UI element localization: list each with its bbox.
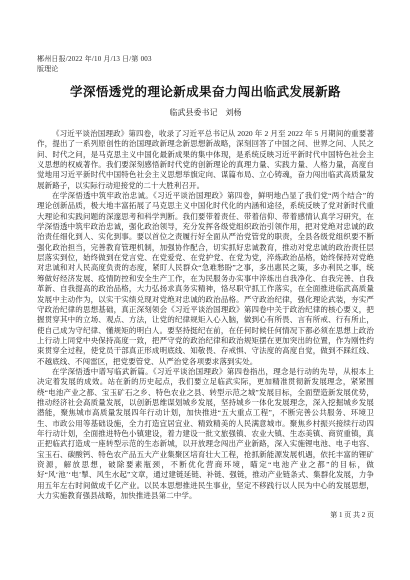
article-body: 《习近平谈治国理政》第四卷，收录了习近平总书记从 2020 年 2 月至 202… bbox=[37, 129, 374, 501]
document-page: 郴州日报/2022 年/10 月/13 日/第 003 版理论 学深悟透党的理论… bbox=[0, 0, 410, 580]
source-header: 郴州日报/2022 年/10 月/13 日/第 003 版理论 bbox=[37, 54, 374, 74]
article-title: 学深悟透党的理论新成果奋力闯出临武发展新路 bbox=[37, 85, 374, 100]
article-byline: 临武县委书记 刘杨 bbox=[37, 108, 374, 118]
source-header-line2: 版理论 bbox=[37, 64, 374, 74]
article-paragraph: 在学深悟透中筑牢政治忠诚。《习近平谈治国理政》第四卷，鲜明地凸显了我们党“两个结… bbox=[37, 191, 374, 367]
page-number: 第 1 页 共 2 页 bbox=[37, 510, 374, 520]
article-paragraph: 在学深悟透中谱写临武新篇。《习近平谈治国理政》第四卷指出，理念是行动的先导，从根… bbox=[37, 367, 374, 501]
source-header-line1: 郴州日报/2022 年/10 月/13 日/第 003 bbox=[37, 54, 374, 64]
article-paragraph: 《习近平谈治国理政》第四卷，收录了习近平总书记从 2020 年 2 月至 202… bbox=[37, 129, 374, 191]
